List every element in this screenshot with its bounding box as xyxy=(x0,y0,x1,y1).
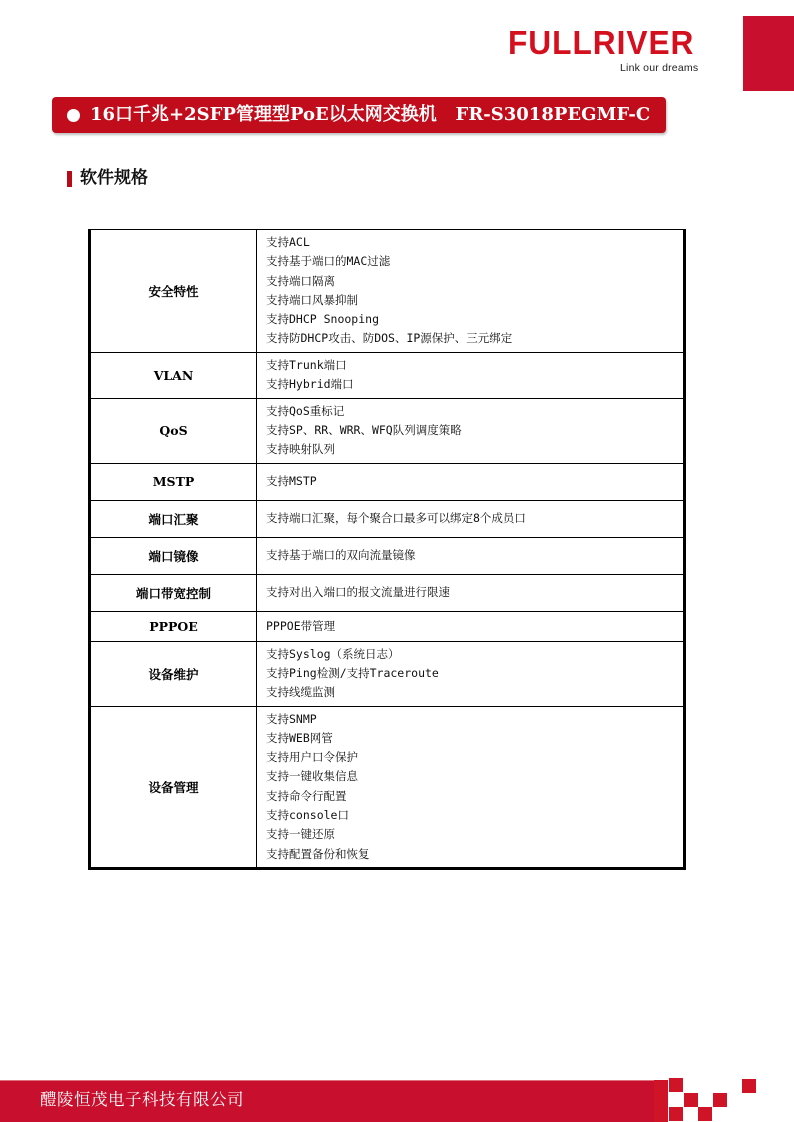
spec-category-label: PPPOE xyxy=(90,611,257,641)
spec-feature-item: 支持一键还原 xyxy=(266,825,683,844)
spec-feature-item: 支持Hybrid端口 xyxy=(266,375,683,394)
spec-feature-item: 支持WEB网管 xyxy=(266,729,683,748)
spec-feature-item: 支持ACL xyxy=(266,233,683,252)
spec-feature-list: PPPOE带管理 xyxy=(257,611,685,641)
spec-feature-list: 支持基于端口的双向流量镜像 xyxy=(257,537,685,574)
spec-category-label: 设备管理 xyxy=(90,706,257,868)
spec-feature-item: 支持用户口令保护 xyxy=(266,748,683,767)
spec-feature-item: 支持Ping检测/支持Traceroute xyxy=(266,664,683,683)
footer-company-name: 醴陵恒茂电子科技有限公司 xyxy=(40,1088,244,1112)
spec-feature-list: 支持Syslog（系统日志）支持Ping检测/支持Traceroute支持线缆监… xyxy=(257,641,685,706)
spec-row: 端口带宽控制支持对出入端口的报文流量进行限速 xyxy=(90,574,685,611)
spec-feature-item: 支持端口风暴抑制 xyxy=(266,291,683,310)
spec-feature-item: 支持基于端口的双向流量镜像 xyxy=(266,546,683,565)
spec-feature-item: 支持QoS重标记 xyxy=(266,402,683,421)
software-spec-table: 安全特性支持ACL支持基于端口的MAC过滤支持端口隔离支持端口风暴抑制支持DHC… xyxy=(88,229,686,870)
spec-feature-item: 支持端口隔离 xyxy=(266,272,683,291)
spec-category-label: 端口镜像 xyxy=(90,537,257,574)
spec-feature-item: 支持SP、RR、WRR、WFQ队列调度策略 xyxy=(266,421,683,440)
spec-feature-item: 支持Trunk端口 xyxy=(266,356,683,375)
product-title-banner: 16口千兆+2SFP管理型PoE以太网交换机 FR-S3018PEGMF-C xyxy=(52,97,666,133)
spec-feature-item: 支持console口 xyxy=(266,806,683,825)
spec-feature-item: 支持端口汇聚，每个聚合口最多可以绑定8个成员口 xyxy=(266,509,683,528)
spec-row: 端口汇聚支持端口汇聚，每个聚合口最多可以绑定8个成员口 xyxy=(90,500,685,537)
spec-row: 安全特性支持ACL支持基于端口的MAC过滤支持端口隔离支持端口风暴抑制支持DHC… xyxy=(90,230,685,353)
spec-feature-item: 支持防DHCP攻击、防DOS、IP源保护、三元绑定 xyxy=(266,329,683,348)
spec-feature-list: 支持QoS重标记支持SP、RR、WRR、WFQ队列调度策略支持映射队列 xyxy=(257,398,685,463)
spec-category-label: 端口汇聚 xyxy=(90,500,257,537)
brand-tagline: Link our dreams xyxy=(620,62,698,74)
spec-row: VLAN支持Trunk端口支持Hybrid端口 xyxy=(90,352,685,398)
spec-feature-item: PPPOE带管理 xyxy=(266,617,683,636)
spec-feature-item: 支持基于端口的MAC过滤 xyxy=(266,252,683,271)
spec-row: QoS支持QoS重标记支持SP、RR、WRR、WFQ队列调度策略支持映射队列 xyxy=(90,398,685,463)
spec-feature-item: 支持MSTP xyxy=(266,472,683,491)
spec-category-label: 设备维护 xyxy=(90,641,257,706)
spec-feature-item: 支持对出入端口的报文流量进行限速 xyxy=(266,583,683,602)
spec-feature-list: 支持SNMP支持WEB网管支持用户口令保护支持一键收集信息支持命令行配置支持co… xyxy=(257,706,685,868)
spec-feature-list: 支持ACL支持基于端口的MAC过滤支持端口隔离支持端口风暴抑制支持DHCP Sn… xyxy=(257,230,685,353)
spec-feature-list: 支持端口汇聚，每个聚合口最多可以绑定8个成员口 xyxy=(257,500,685,537)
product-title: 16口千兆+2SFP管理型PoE以太网交换机 FR-S3018PEGMF-C xyxy=(90,103,650,127)
section-title: 软件规格 xyxy=(80,167,148,189)
spec-feature-item: 支持一键收集信息 xyxy=(266,767,683,786)
bullet-dot-icon xyxy=(67,109,80,122)
spec-feature-item: 支持配置备份和恢复 xyxy=(266,845,683,864)
spec-feature-item: 支持命令行配置 xyxy=(266,787,683,806)
brand-logo: FULLRIVER xyxy=(508,26,729,60)
spec-category-label: VLAN xyxy=(90,352,257,398)
spec-row: 设备管理支持SNMP支持WEB网管支持用户口令保护支持一键收集信息支持命令行配置… xyxy=(90,706,685,868)
spec-row: MSTP支持MSTP xyxy=(90,463,685,500)
spec-feature-list: 支持Trunk端口支持Hybrid端口 xyxy=(257,352,685,398)
spec-feature-item: 支持线缆监测 xyxy=(266,683,683,702)
spec-feature-item: 支持Syslog（系统日志） xyxy=(266,645,683,664)
spec-feature-list: 支持对出入端口的报文流量进行限速 xyxy=(257,574,685,611)
spec-feature-item: 支持DHCP Snooping xyxy=(266,310,683,329)
spec-feature-item: 支持映射队列 xyxy=(266,440,683,459)
spec-category-label: 端口带宽控制 xyxy=(90,574,257,611)
spec-row: PPPOEPPPOE带管理 xyxy=(90,611,685,641)
spec-row: 端口镜像支持基于端口的双向流量镜像 xyxy=(90,537,685,574)
spec-category-label: QoS xyxy=(90,398,257,463)
spec-row: 设备维护支持Syslog（系统日志）支持Ping检测/支持Traceroute支… xyxy=(90,641,685,706)
spec-feature-list: 支持MSTP xyxy=(257,463,685,500)
brand-red-block xyxy=(743,16,794,91)
spec-category-label: MSTP xyxy=(90,463,257,500)
spec-category-label: 安全特性 xyxy=(90,230,257,353)
section-marker-icon xyxy=(67,171,72,187)
spec-feature-item: 支持SNMP xyxy=(266,710,683,729)
